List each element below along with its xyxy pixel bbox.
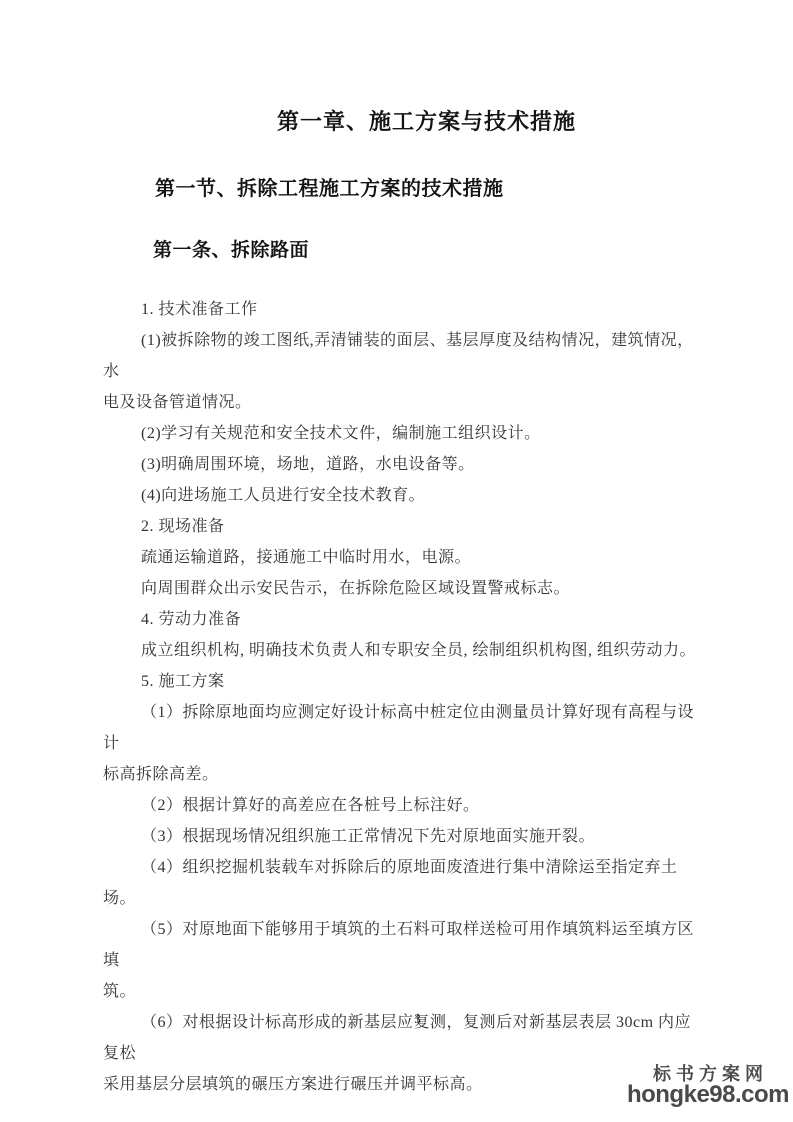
section-heading: 第一节、拆除工程施工方案的技术措施 <box>155 174 504 204</box>
paragraph: 1. 技术准备工作 <box>103 294 703 325</box>
paragraph: 5. 施工方案 <box>103 666 703 697</box>
paragraph: （5）对原地面下能够用于填筑的土石料可取样送检可用作填筑料运至填方区填 筑。 <box>103 914 703 1007</box>
chapter-heading: 第一章、施工方案与技术措施 <box>103 106 700 138</box>
page-number: 3 <box>0 1010 793 1028</box>
paragraph: 向周围群众出示安民告示，在拆除危险区域设置警戒标志。 <box>103 573 703 604</box>
document-page: 第一章、施工方案与技术措施 第一节、拆除工程施工方案的技术措施 第一条、拆除路面… <box>0 0 793 1122</box>
paragraph: (3)明确周围环境，场地，道路，水电设备等。 <box>103 449 703 480</box>
paragraph: (2)学习有关规范和安全技术文件，编制施工组织设计。 <box>103 418 703 449</box>
paragraph: （4）组织挖掘机装载车对拆除后的原地面废渣进行集中清除运至指定弃土场。 <box>103 852 703 914</box>
paragraph: （2）根据计算好的高差应在各桩号上标注好。 <box>103 790 703 821</box>
watermark-site-url: hongke98.com <box>627 1084 789 1106</box>
paragraph: (1)被拆除物的竣工图纸,弄清铺装的面层、基层厚度及结构情况，建筑情况，水 电及… <box>103 325 703 418</box>
body-paragraphs: 1. 技术准备工作(1)被拆除物的竣工图纸,弄清铺装的面层、基层厚度及结构情况，… <box>103 294 703 1100</box>
watermark: 标书方案网 hongke98.com <box>627 1064 789 1106</box>
paragraph: （1）拆除原地面均应测定好设计标高中桩定位由测量员计算好现有高程与设计 标高拆除… <box>103 697 703 790</box>
item-heading: 第一条、拆除路面 <box>153 236 309 266</box>
paragraph: 疏通运输道路，接通施工中临时用水，电源。 <box>103 542 703 573</box>
paragraph: （3）根据现场情况组织施工正常情况下先对原地面实施开裂。 <box>103 821 703 852</box>
paragraph: 2. 现场准备 <box>103 511 703 542</box>
paragraph: 4. 劳动力准备 <box>103 604 703 635</box>
paragraph: 成立组织机构, 明确技术负责人和专职安全员, 绘制组织机构图, 组织劳动力。 <box>103 635 703 666</box>
paragraph: (4)向进场施工人员进行安全技术教育。 <box>103 480 703 511</box>
